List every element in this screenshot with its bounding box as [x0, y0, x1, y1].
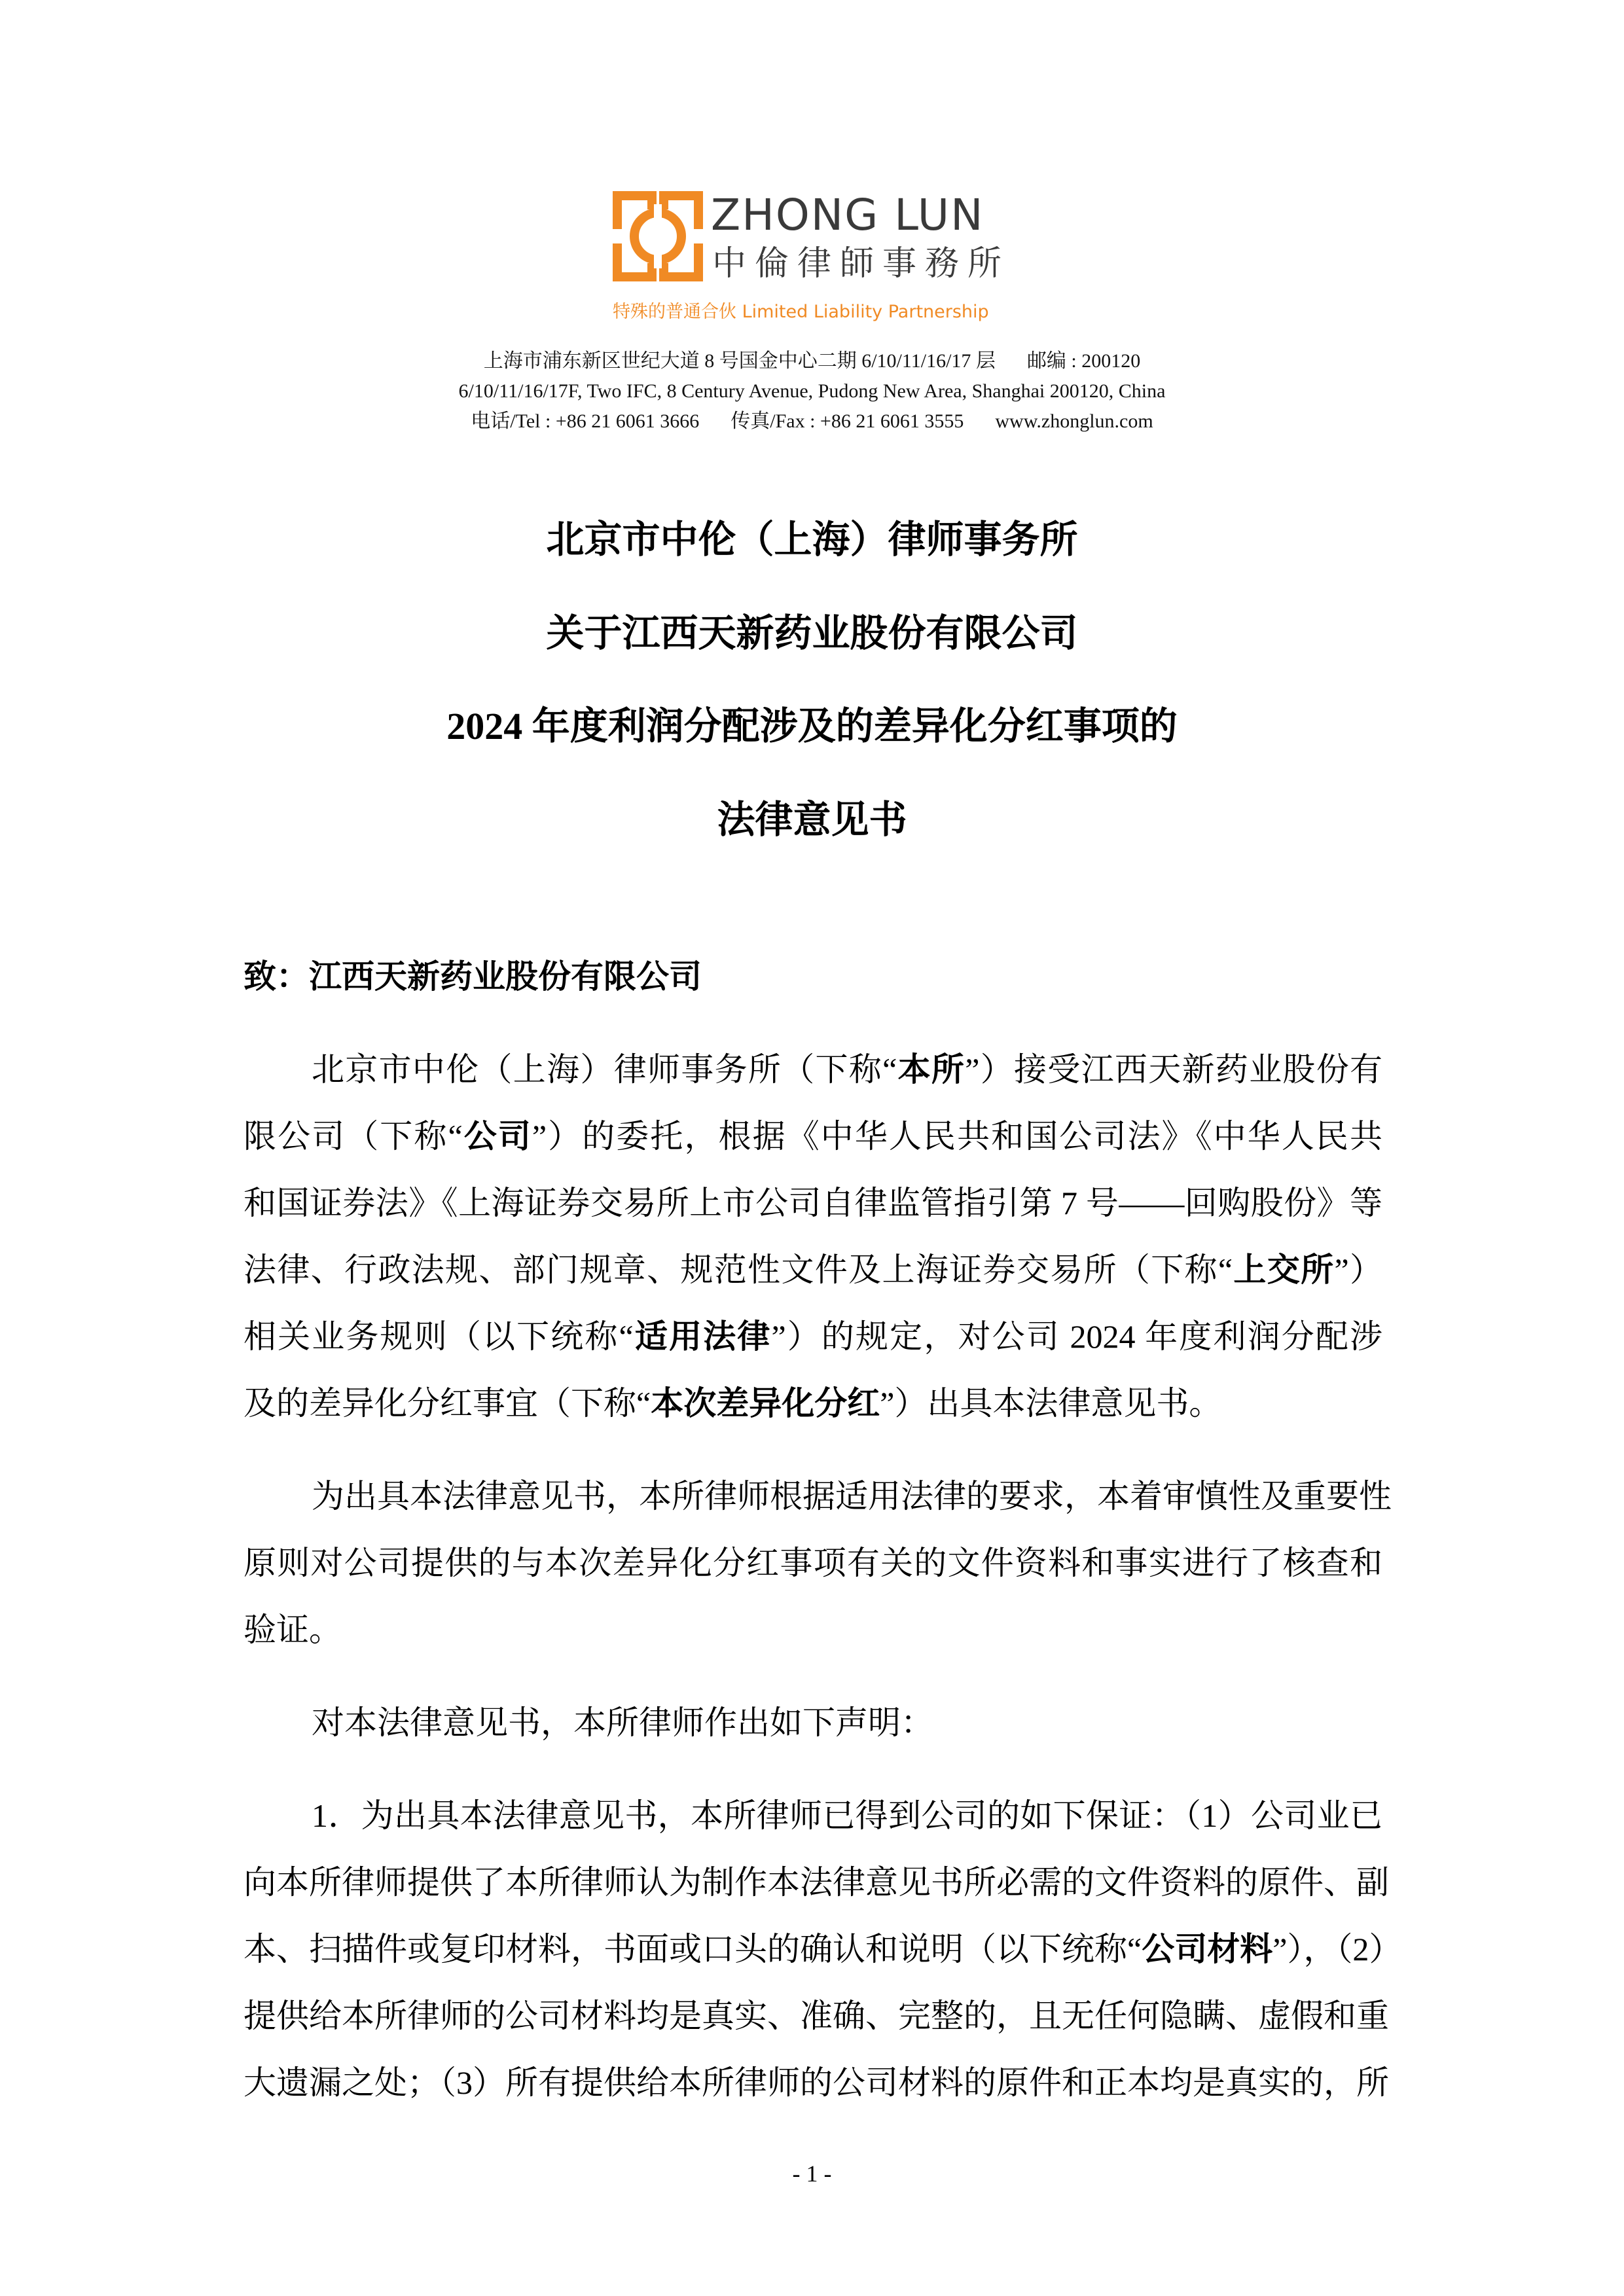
contact-line: 电话/Tel : +86 21 6061 3666传真/Fax : +86 21…: [0, 407, 1624, 436]
title-line-1: 北京市中伦（上海）律师事务所: [0, 517, 1624, 563]
document-page: ZHONG LUN 中倫律師事務所 特殊的普通合伙 Limited Liabil…: [0, 0, 1624, 2296]
para1-line: 和国证券法》《上海证券交易所上市公司自律监管指引第 7 号——回购股份》等: [244, 1183, 1382, 1223]
fax: 传真/Fax : +86 21 6061 3555: [731, 410, 964, 432]
zhonglun-logo-icon: [613, 191, 703, 281]
logo-text-en: ZHONG LUN: [711, 191, 984, 240]
logo-tagline: 特殊的普通合伙 Limited Liability Partnership: [613, 301, 989, 323]
para1-line: 及的差异化分红事宜（下称“本次差异化分红”）出具本法律意见书。: [244, 1384, 1382, 1423]
page-number: - 1 -: [0, 2160, 1624, 2187]
firm-logo: ZHONG LUN 中倫律師事務所 特殊的普通合伙 Limited Liabil…: [613, 191, 1019, 329]
para4-line: 大遗漏之处；（3）所有提供给本所律师的公司材料的原件和正本均是真实的，所: [244, 2063, 1382, 2102]
salutation: 致：江西天新药业股份有限公司: [244, 957, 702, 996]
address-line-en: 6/10/11/16/17F, Two IFC, 8 Century Avenu…: [0, 377, 1624, 406]
title-line-4: 法律意见书: [0, 797, 1624, 843]
para4-line: 提供给本所律师的公司材料均是真实、准确、完整的，且无任何隐瞒、虚假和重: [244, 1996, 1382, 2036]
tel: 电话/Tel : +86 21 6061 3666: [471, 410, 699, 432]
address-cn: 上海市浦东新区世纪大道 8 号国金中心二期 6/10/11/16/17 层: [484, 350, 996, 372]
title-line-3: 2024 年度利润分配涉及的差异化分红事项的: [0, 704, 1624, 749]
para2-line: 原则对公司提供的与本次差异化分红事项有关的文件资料和事实进行了核查和: [244, 1543, 1382, 1583]
para2-line: 为出具本法律意见书，本所律师根据适用法律的要求，本着审慎性及重要性: [312, 1477, 1382, 1516]
para1-line: 限公司（下称“公司”）的委托，根据《中华人民共和国公司法》《中华人民共: [244, 1117, 1382, 1156]
para2-line: 验证。: [244, 1610, 1382, 1649]
para1-line: 北京市中伦（上海）律师事务所（下称“本所”）接受江西天新药业股份有: [312, 1050, 1382, 1089]
para4-line: 本、扫描件或复印材料，书面或口头的确认和说明（以下统称“公司材料”），（2）: [244, 1929, 1382, 1969]
title-line-2: 关于江西天新药业股份有限公司: [0, 611, 1624, 656]
para4-line: 1．为出具本法律意见书，本所律师已得到公司的如下保证：（1）公司业已: [312, 1796, 1382, 1835]
logo-text-cn: 中倫律師事務所: [712, 243, 1010, 284]
para1-line: 相关业务规则（以下统称“适用法律”）的规定，对公司 2024 年度利润分配涉: [244, 1317, 1382, 1356]
postcode: 邮编 : 200120: [1027, 350, 1140, 372]
address-line-cn: 上海市浦东新区世纪大道 8 号国金中心二期 6/10/11/16/17 层邮编 …: [0, 347, 1624, 376]
website-link[interactable]: www.zhonglun.com: [995, 410, 1153, 432]
para4-line: 向本所律师提供了本所律师认为制作本法律意见书所必需的文件资料的原件、副: [244, 1863, 1382, 1902]
para1-line: 法律、行政法规、部门规章、规范性文件及上海证券交易所（下称“上交所”）: [244, 1250, 1382, 1289]
para3-line: 对本法律意见书，本所律师作出如下声明：: [312, 1703, 1382, 1742]
